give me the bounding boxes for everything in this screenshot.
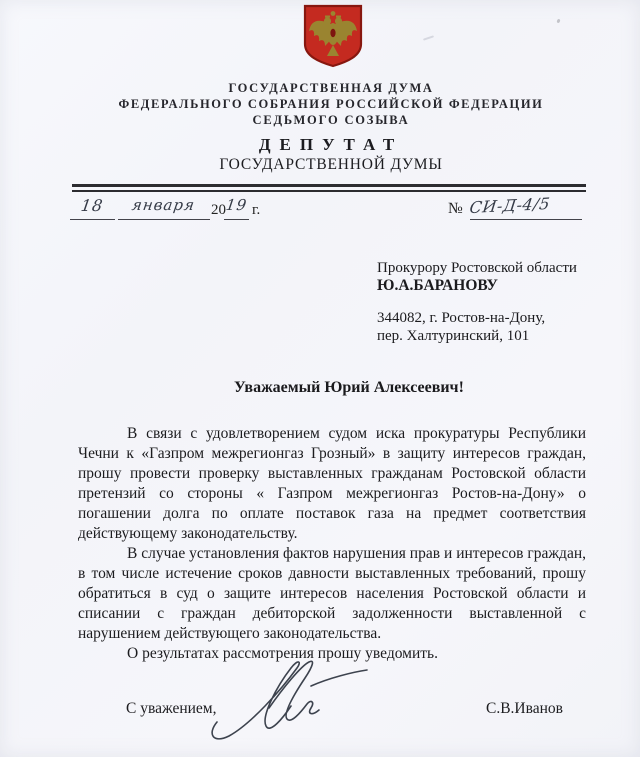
org-name-line1: ГОСУДАРСТВЕННАЯ ДУМА xyxy=(22,81,640,96)
scanned-letter-page: ГОСУДАРСТВЕННАЯ ДУМА ФЕДЕРАЛЬНОГО СОБРАН… xyxy=(0,0,640,757)
date-year-blank: 19 xyxy=(224,196,249,220)
date-month-blank: января xyxy=(118,196,210,220)
addressee-spacer xyxy=(377,295,577,309)
handwritten-year: 19 xyxy=(225,196,249,214)
handwritten-day: 18 xyxy=(80,196,105,215)
body-paragraph-1: В связи с удовлетворением судом иска про… xyxy=(78,424,586,544)
addressee-address-line2: пер. Халтуринский, 101 xyxy=(377,327,577,345)
signer-name: С.В.Иванов xyxy=(486,700,563,718)
handwritten-month: января xyxy=(131,196,197,214)
letterhead-divider xyxy=(72,184,586,192)
deputy-title: ДЕПУТАТ xyxy=(22,135,640,155)
deputy-subtitle: ГОСУДАРСТВЕННОЙ ДУМЫ xyxy=(22,156,640,174)
date-day-blank: 18 xyxy=(70,196,115,220)
addressee-block: Прокурору Ростовской области Ю.А.БАРАНОВ… xyxy=(377,259,577,345)
scan-artifact xyxy=(423,35,434,40)
org-name-line3: СЕДЬМОГО СОЗЫВА xyxy=(22,113,640,128)
body-paragraph-2: В случае установления фактов нарушения п… xyxy=(78,544,586,644)
handwritten-signature xyxy=(202,656,374,748)
addressee-name: Ю.А.БАРАНОВУ xyxy=(377,277,577,295)
number-sign: № xyxy=(448,200,463,218)
addressee-address-line1: 344082, г. Ростов-на-Дону, xyxy=(377,309,577,327)
org-name-line2: ФЕДЕРАЛЬНОГО СОБРАНИЯ РОССИЙСКОЙ ФЕДЕРАЦ… xyxy=(22,97,640,112)
document-number-blank: СИ-Д-4/5 xyxy=(470,196,582,220)
salutation: Уважаемый Юрий Алексеевич! xyxy=(234,379,464,397)
scan-artifact xyxy=(556,19,560,24)
handwritten-document-number: СИ-Д-4/5 xyxy=(469,194,552,217)
date-suffix: г. xyxy=(252,202,260,219)
letter-body: В связи с удовлетворением судом иска про… xyxy=(78,424,586,664)
addressee-title: Прокурору Ростовской области xyxy=(377,259,577,277)
russia-coat-of-arms-icon xyxy=(302,4,364,68)
